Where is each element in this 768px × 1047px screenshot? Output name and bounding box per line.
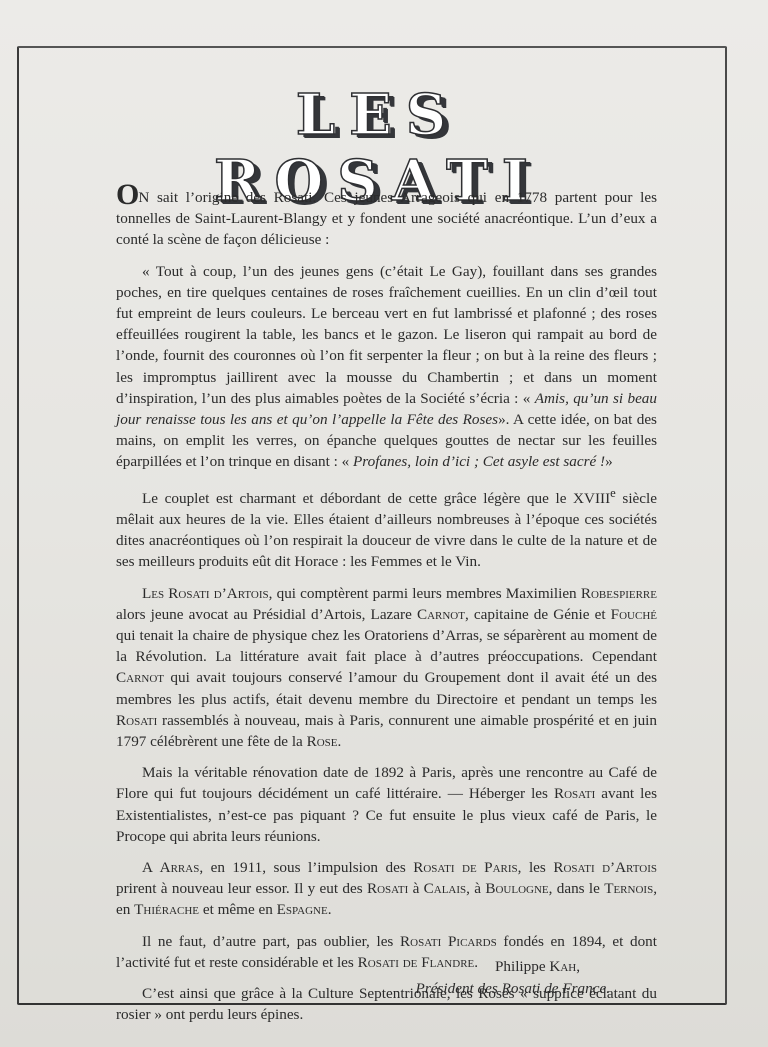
author-role: Président des Rosati de France. (380, 978, 665, 1000)
paragraph-arras: A Arras, en 1911, sous l’impulsion des R… (116, 857, 657, 921)
paragraph-renovation: Mais la véritable rénovation date de 189… (116, 762, 657, 847)
author-name: Philippe Kah, (380, 956, 665, 978)
signature-block: Philippe Kah, Président des Rosati de Fr… (380, 956, 665, 1000)
drop-cap: O (116, 178, 138, 211)
paragraph-quote: « Tout à coup, l’un des jeunes gens (c’é… (116, 261, 657, 473)
paragraph-couplet: Le couplet est charmant et débordant de … (116, 483, 657, 573)
paragraph-intro: ON sait l’origine des Rosati. Ces jeunes… (116, 186, 657, 251)
paragraph-artois: Les Rosati d’Artois, qui comptèrent parm… (116, 583, 657, 753)
article-body: ON sait l’origine des Rosati. Ces jeunes… (116, 186, 657, 1035)
